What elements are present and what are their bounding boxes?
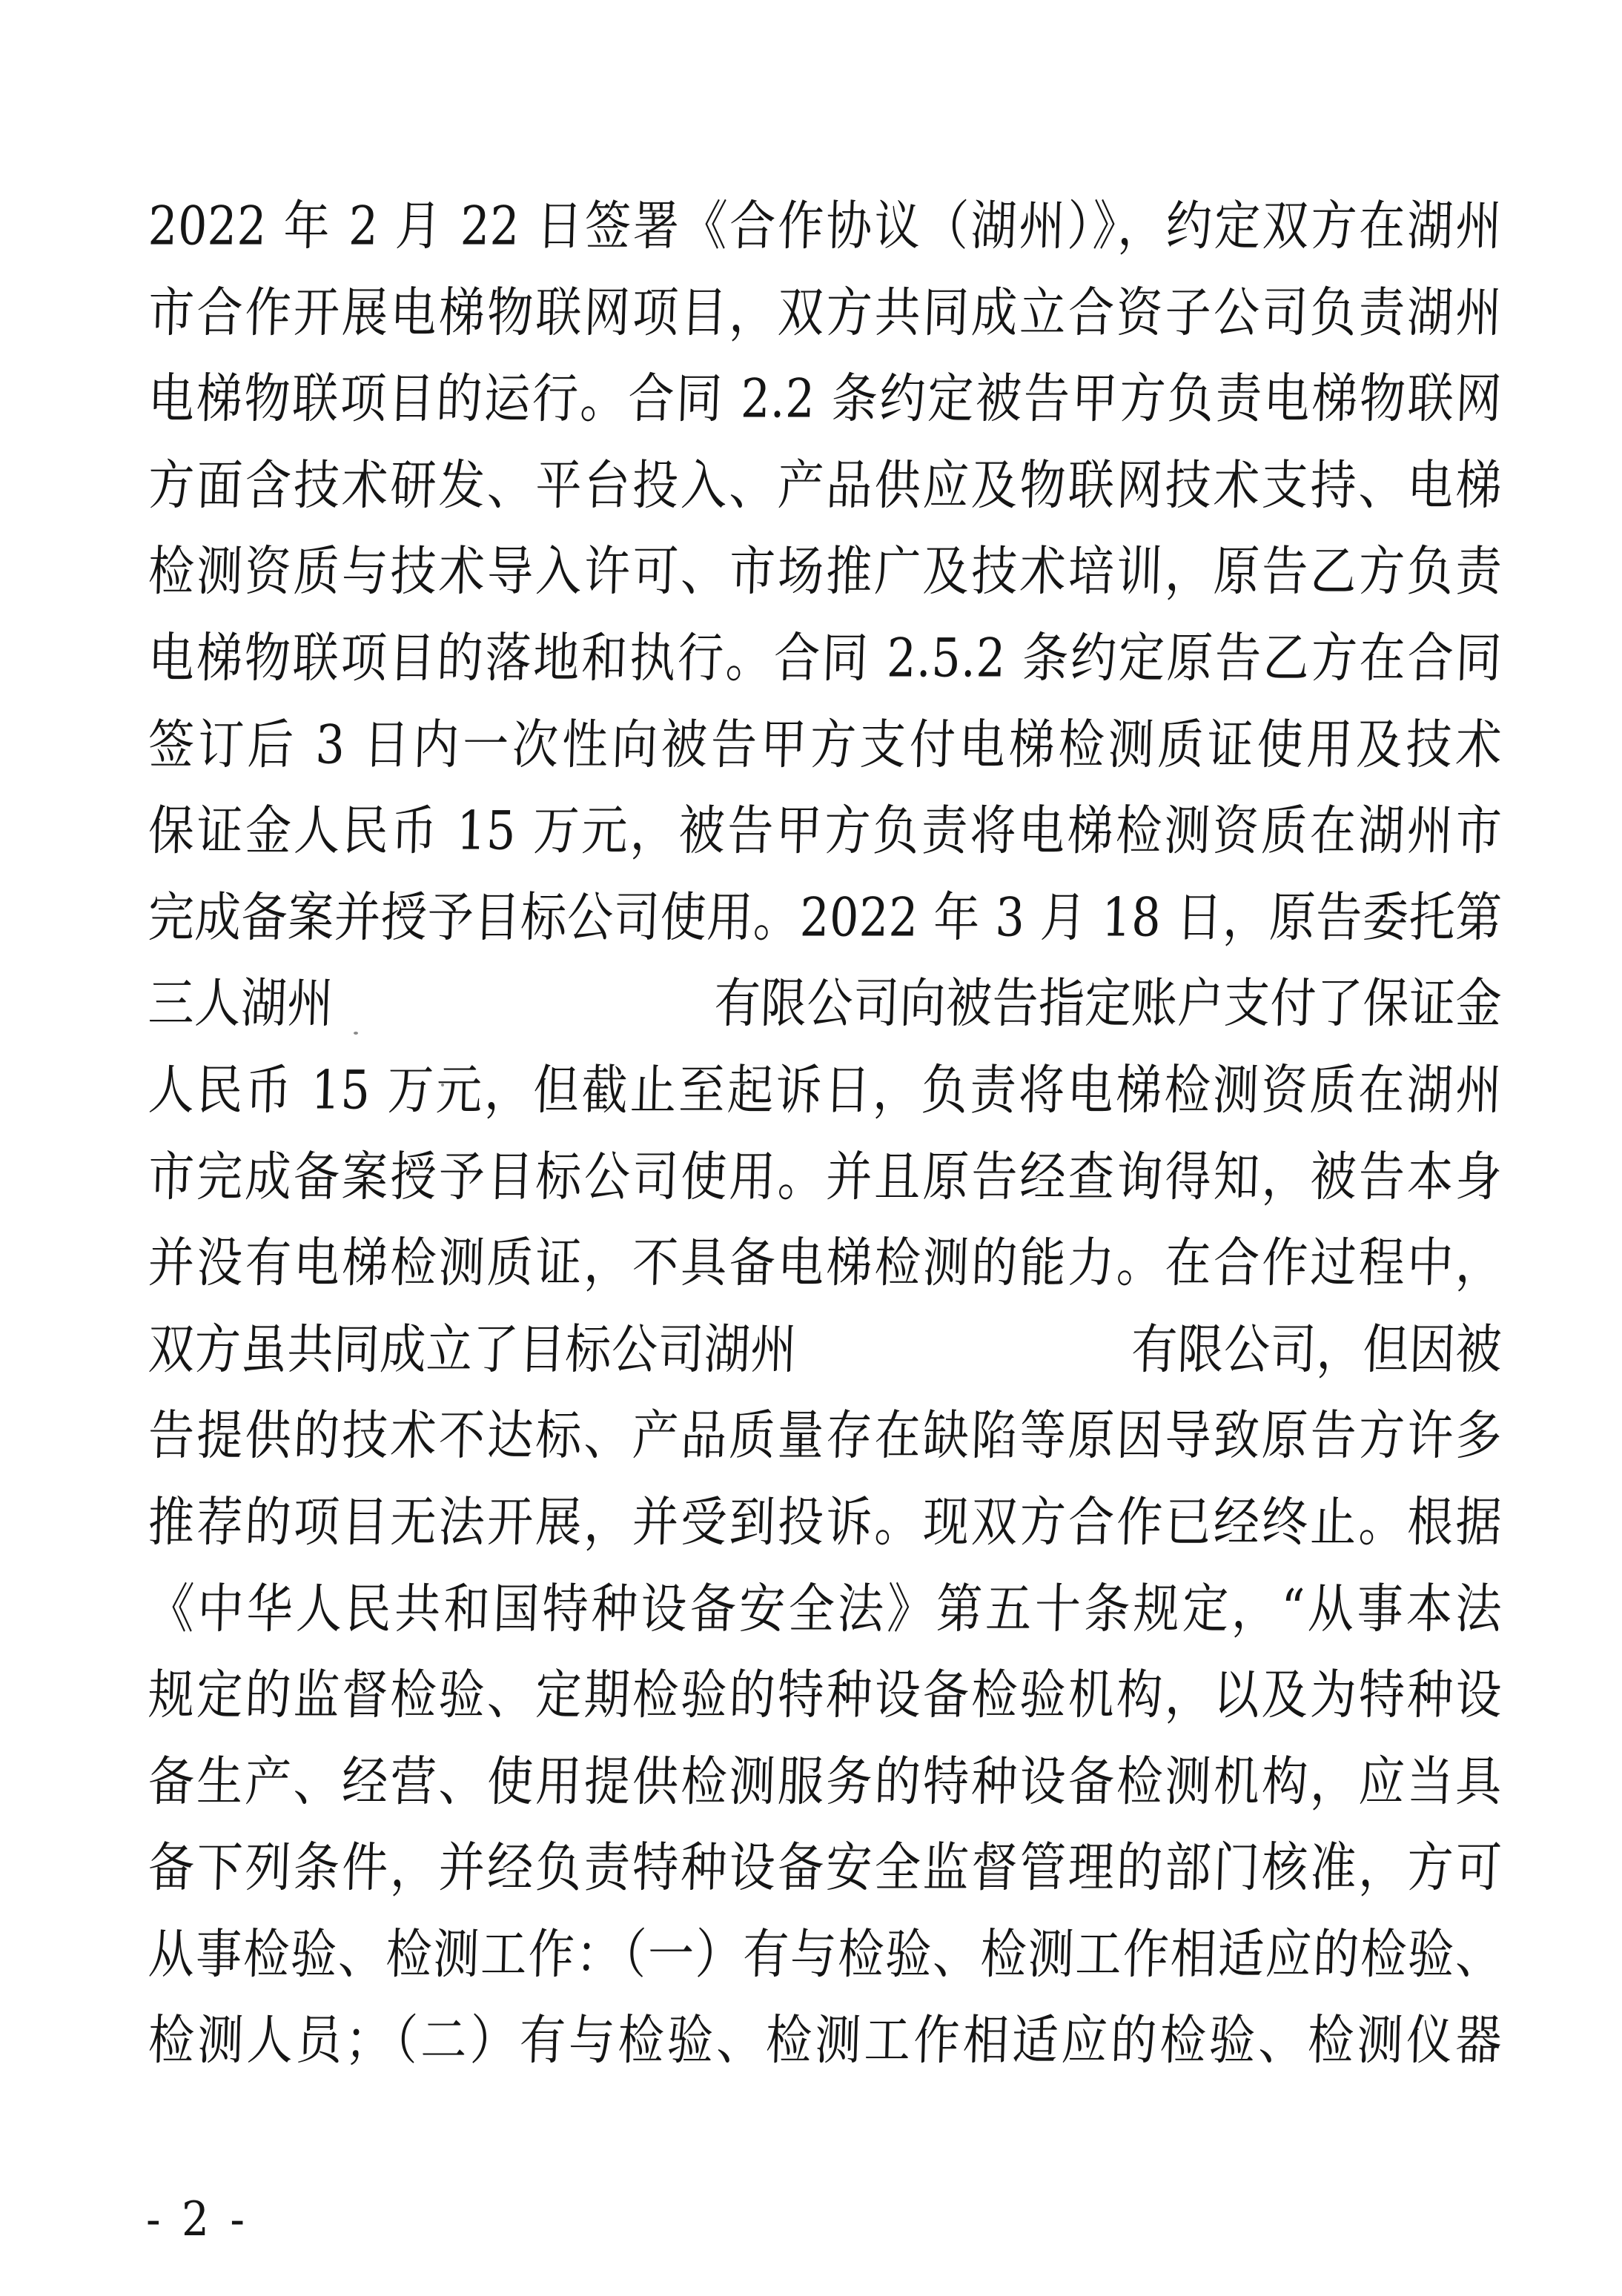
document-page: 2022 年 2 月 22 日签署《合作协议（湖州）》，约定双方在湖州 市合作开…: [0, 0, 1622, 2296]
scan-speck: [441, 1084, 444, 1086]
text-line: 备生产、经营、使用提供检测服务的特种设备检测机构，应当具: [147, 1731, 1503, 1831]
text-segment: 有限公司向被告指定账户支付了保证金: [712, 954, 1503, 1054]
text-line: 人民币 15 万元，但截止至起诉日，负责将电梯检测资质在湖州: [147, 1041, 1503, 1141]
text-segment: 双方虽共同成立了目标公司湖州: [147, 1299, 798, 1399]
text-segment: 有限公司，但因被: [1130, 1299, 1503, 1399]
text-line: 并没有电梯检测质证，不具备电梯检测的能力。在合作过程中，: [147, 1213, 1503, 1313]
text-line: 市合作开展电梯物联网项目，双方共同成立合资子公司负责湖州: [147, 262, 1503, 362]
text-line-with-redaction-gap: 双方虽共同成立了目标公司湖州 有限公司，但因被: [147, 1299, 1503, 1399]
text-line: 保证金人民币 15 万元，被告甲方负责将电梯检测资质在湖州市: [147, 781, 1503, 881]
text-line: 完成备案并授予目标公司使用。2022 年 3 月 18 日，原告委托第: [147, 867, 1503, 967]
text-line: 方面含技术研发、平台投入、产品供应及物联网技术支持、电梯: [147, 435, 1503, 535]
scan-speck: [354, 1032, 358, 1035]
text-line: 检测资质与技术导入许可、市场推广及技术培训，原告乙方负责: [147, 522, 1503, 622]
text-line: 电梯物联项目的落地和执行。合同 2.5.2 条约定原告乙方在合同: [147, 608, 1503, 709]
text-block: 2022 年 2 月 22 日签署《合作协议（湖州）》，约定双方在湖州 市合作开…: [148, 183, 1502, 2084]
text-line: 市完成备案授予目标公司使用。并且原告经查询得知，被告本身: [147, 1127, 1503, 1227]
text-line: 告提供的技术不达标、产品质量存在缺陷等原因导致原告方许多: [147, 1386, 1503, 1486]
page-number: - 2 -: [146, 2193, 248, 2245]
text-line: 备下列条件，并经负责特种设备安全监督管理的部门核准，方可: [147, 1818, 1503, 1918]
text-line: 《中华人民共和国特种设备安全法》第五十条规定，“从事本法: [147, 1559, 1503, 1659]
text-segment: 三人湖州: [147, 954, 335, 1054]
text-line: 从事检验、检测工作：（一）有与检验、检测工作相适应的检验、: [147, 1905, 1503, 2005]
text-line: 规定的监督检验、定期检验的特种设备检验机构，以及为特种设: [147, 1645, 1503, 1745]
text-line: 签订后 3 日内一次性向被告甲方支付电梯检测质证使用及技术: [147, 694, 1503, 794]
text-line: 推荐的项目无法开展，并受到投诉。现双方合作已经终止。根据: [147, 1473, 1503, 1573]
text-line: 2022 年 2 月 22 日签署《合作协议（湖州）》，约定双方在湖州: [147, 176, 1503, 276]
text-line-with-redaction-gap: 三人湖州 有限公司向被告指定账户支付了保证金: [147, 954, 1503, 1054]
text-line: 电梯物联项目的运行。合同 2.2 条约定被告甲方负责电梯物联网: [147, 349, 1503, 449]
text-line: 检测人员；（二）有与检验、检测工作相适应的检验、检测仪器: [147, 1991, 1503, 2091]
